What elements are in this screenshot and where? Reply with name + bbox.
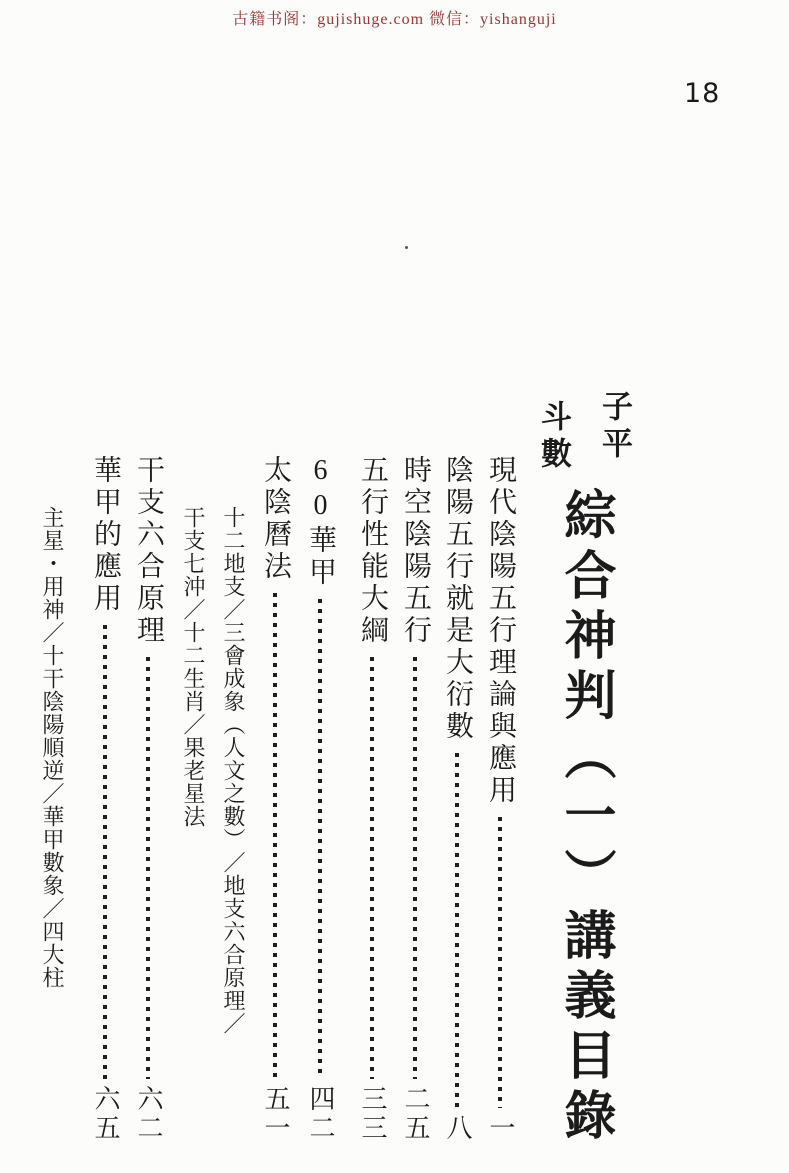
toc-entry-page: 一 xyxy=(487,1114,513,1143)
toc-entry: 干支六合原理 六二 xyxy=(127,455,169,1143)
book-page: 古籍书阁：gujishuge.com 微信：yishanguji 18 子平 斗… xyxy=(0,0,789,1173)
toc-entry-title: 主星・用神／十干陰陽順逆／華甲數象／四大柱 xyxy=(41,506,63,989)
dotted-leader xyxy=(103,625,107,1079)
dotted-leader xyxy=(273,593,277,1079)
toc-entry-title: 五行性能大綱 xyxy=(358,455,386,647)
book-series-title: 子平 斗數 xyxy=(531,390,637,474)
toc-entry-title: 干支六合原理 xyxy=(134,455,162,647)
dotted-leader xyxy=(455,753,459,1108)
toc-entry-page: 六二 xyxy=(135,1085,161,1143)
toc-entry-title: 十二地支／三會成象（人文之數）／地支六合原理／ xyxy=(222,506,244,1035)
toc-entry-page: 二五 xyxy=(402,1085,428,1143)
book-title: 綜合神判︵一︶講義目錄 xyxy=(558,488,610,1148)
toc-entry-title: 60華甲 xyxy=(306,455,334,589)
toc-entry-page: 六五 xyxy=(92,1085,118,1143)
toc-entry-page: 八 xyxy=(444,1114,470,1143)
toc-entry-title: 時空陰陽五行 xyxy=(401,455,429,647)
toc-entry: 60華甲 四二 xyxy=(299,455,341,1143)
dotted-leader xyxy=(370,657,374,1079)
watermark-header: 古籍书阁：gujishuge.com 微信：yishanguji xyxy=(0,6,789,29)
toc-entry-title: 太陰曆法 xyxy=(261,455,289,583)
toc-entry: 五行性能大綱 三三 xyxy=(351,455,393,1143)
scan-speck xyxy=(405,246,408,249)
toc-entry: 華甲的應用 六五 xyxy=(84,455,126,1143)
toc-subentry: 主星・用神／十干陰陽順逆／華甲數象／四大柱 xyxy=(31,506,73,989)
toc-entry-title: 干支七沖／十二生肖／果老星法 xyxy=(182,506,204,828)
dotted-leader xyxy=(413,657,417,1079)
toc-entry: 陰陽五行就是大衍數 八 xyxy=(436,455,478,1143)
toc-subentry: 十二地支／三會成象（人文之數）／地支六合原理／ xyxy=(212,506,254,1035)
page-number: 18 xyxy=(684,78,720,109)
dotted-leader xyxy=(318,599,322,1079)
dotted-leader xyxy=(498,817,502,1108)
toc-entry: 時空陰陽五行 二五 xyxy=(394,455,436,1143)
toc-entry-title: 現代陰陽五行理論與應用 xyxy=(486,455,514,807)
toc-entry-title: 華甲的應用 xyxy=(91,455,119,615)
toc-entry-page: 四二 xyxy=(307,1085,333,1143)
toc-entry-page: 五一 xyxy=(262,1085,288,1143)
toc-entry: 現代陰陽五行理論與應用 一 xyxy=(479,455,521,1143)
toc-entry: 太陰曆法 五一 xyxy=(254,455,296,1143)
toc-entry-title: 陰陽五行就是大衍數 xyxy=(443,455,471,743)
toc-subentry: 干支七沖／十二生肖／果老星法 xyxy=(172,506,214,828)
book-title-block: 子平 斗數 綜合神判︵一︶講義目錄 xyxy=(528,390,640,1148)
dotted-leader xyxy=(146,657,150,1079)
series-title-doushu: 斗數 xyxy=(531,400,576,474)
toc-entry-page: 三三 xyxy=(359,1085,385,1143)
series-title-ziping: 子平 xyxy=(592,390,637,474)
